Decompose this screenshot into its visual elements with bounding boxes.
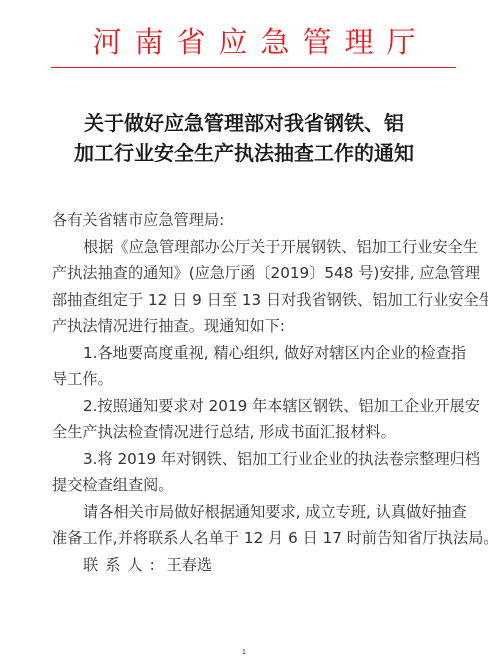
salutation: 各有关省辖市应急管理局: <box>52 207 447 234</box>
contact-name: 王春选 <box>167 556 213 574</box>
letterhead-red-rule <box>51 67 456 68</box>
paragraph-line: 根据《应急管理部办公厅关于开展钢铁、铝加工行业安全生 <box>52 234 447 261</box>
paragraph-line: 2.按照通知要求对 2019 年本辖区钢铁、铝加工企业开展安 <box>52 393 447 420</box>
agency-letterhead: 河南省应急管理厅 <box>50 24 458 60</box>
contact-line: 联系人: 王春选 <box>52 552 447 579</box>
paragraph-line: 准备工作,并将联系人名单于 12 月 6 日 17 时前告知省厅执法局。 <box>52 525 447 552</box>
paragraph-line: 全生产执法检查情况进行总结, 形成书面汇报材料。 <box>52 419 447 446</box>
paragraph-line: 提交检查组查阅。 <box>52 472 447 499</box>
paragraph-line: 3.将 2019 年对钢铁、铝加工行业企业的执法卷宗整理归档 <box>52 446 447 473</box>
document-body: 各有关省辖市应急管理局: 根据《应急管理部办公厅关于开展钢铁、铝加工行业安全生 … <box>52 207 447 578</box>
document-title: 关于做好应急管理部对我省钢铁、铝 加工行业安全生产执法抽查工作的通知 <box>30 108 458 168</box>
list-item-3: 3.将 2019 年对钢铁、铝加工行业企业的执法卷宗整理归档 提交检查组查阅。 <box>52 446 447 499</box>
paragraph-line: 导工作。 <box>52 366 447 393</box>
page-number: 1 <box>0 648 488 656</box>
title-line: 加工行业安全生产执法抽查工作的通知 <box>30 138 458 168</box>
closing-paragraph: 请各相关市局做好根据通知要求, 成立专班, 认真做好抽查 准备工作,并将联系人名… <box>52 499 447 552</box>
paragraph-line: 产执法情况进行抽查。现通知如下: <box>52 313 447 340</box>
title-line: 关于做好应急管理部对我省钢铁、铝 <box>30 108 458 138</box>
paragraph-line: 部抽查组定于 12 日 9 日至 13 日对我省钢铁、铝加工行业安全生 <box>52 287 447 314</box>
list-item-2: 2.按照通知要求对 2019 年本辖区钢铁、铝加工企业开展安 全生产执法检查情况… <box>52 393 447 446</box>
paragraph-intro: 根据《应急管理部办公厅关于开展钢铁、铝加工行业安全生 产执法抽查的通知》(应急厅… <box>52 234 447 340</box>
list-item-1: 1.各地要高度重视, 精心组织, 做好对辖区内企业的检查指 导工作。 <box>52 340 447 393</box>
paragraph-line: 产执法抽查的通知》(应急厅函〔2019〕548 号)安排, 应急管理 <box>52 260 447 287</box>
paragraph-line: 请各相关市局做好根据通知要求, 成立专班, 认真做好抽查 <box>52 499 447 526</box>
contact-label: 联系人: <box>83 556 162 574</box>
paragraph-line: 1.各地要高度重视, 精心组织, 做好对辖区内企业的检查指 <box>52 340 447 367</box>
